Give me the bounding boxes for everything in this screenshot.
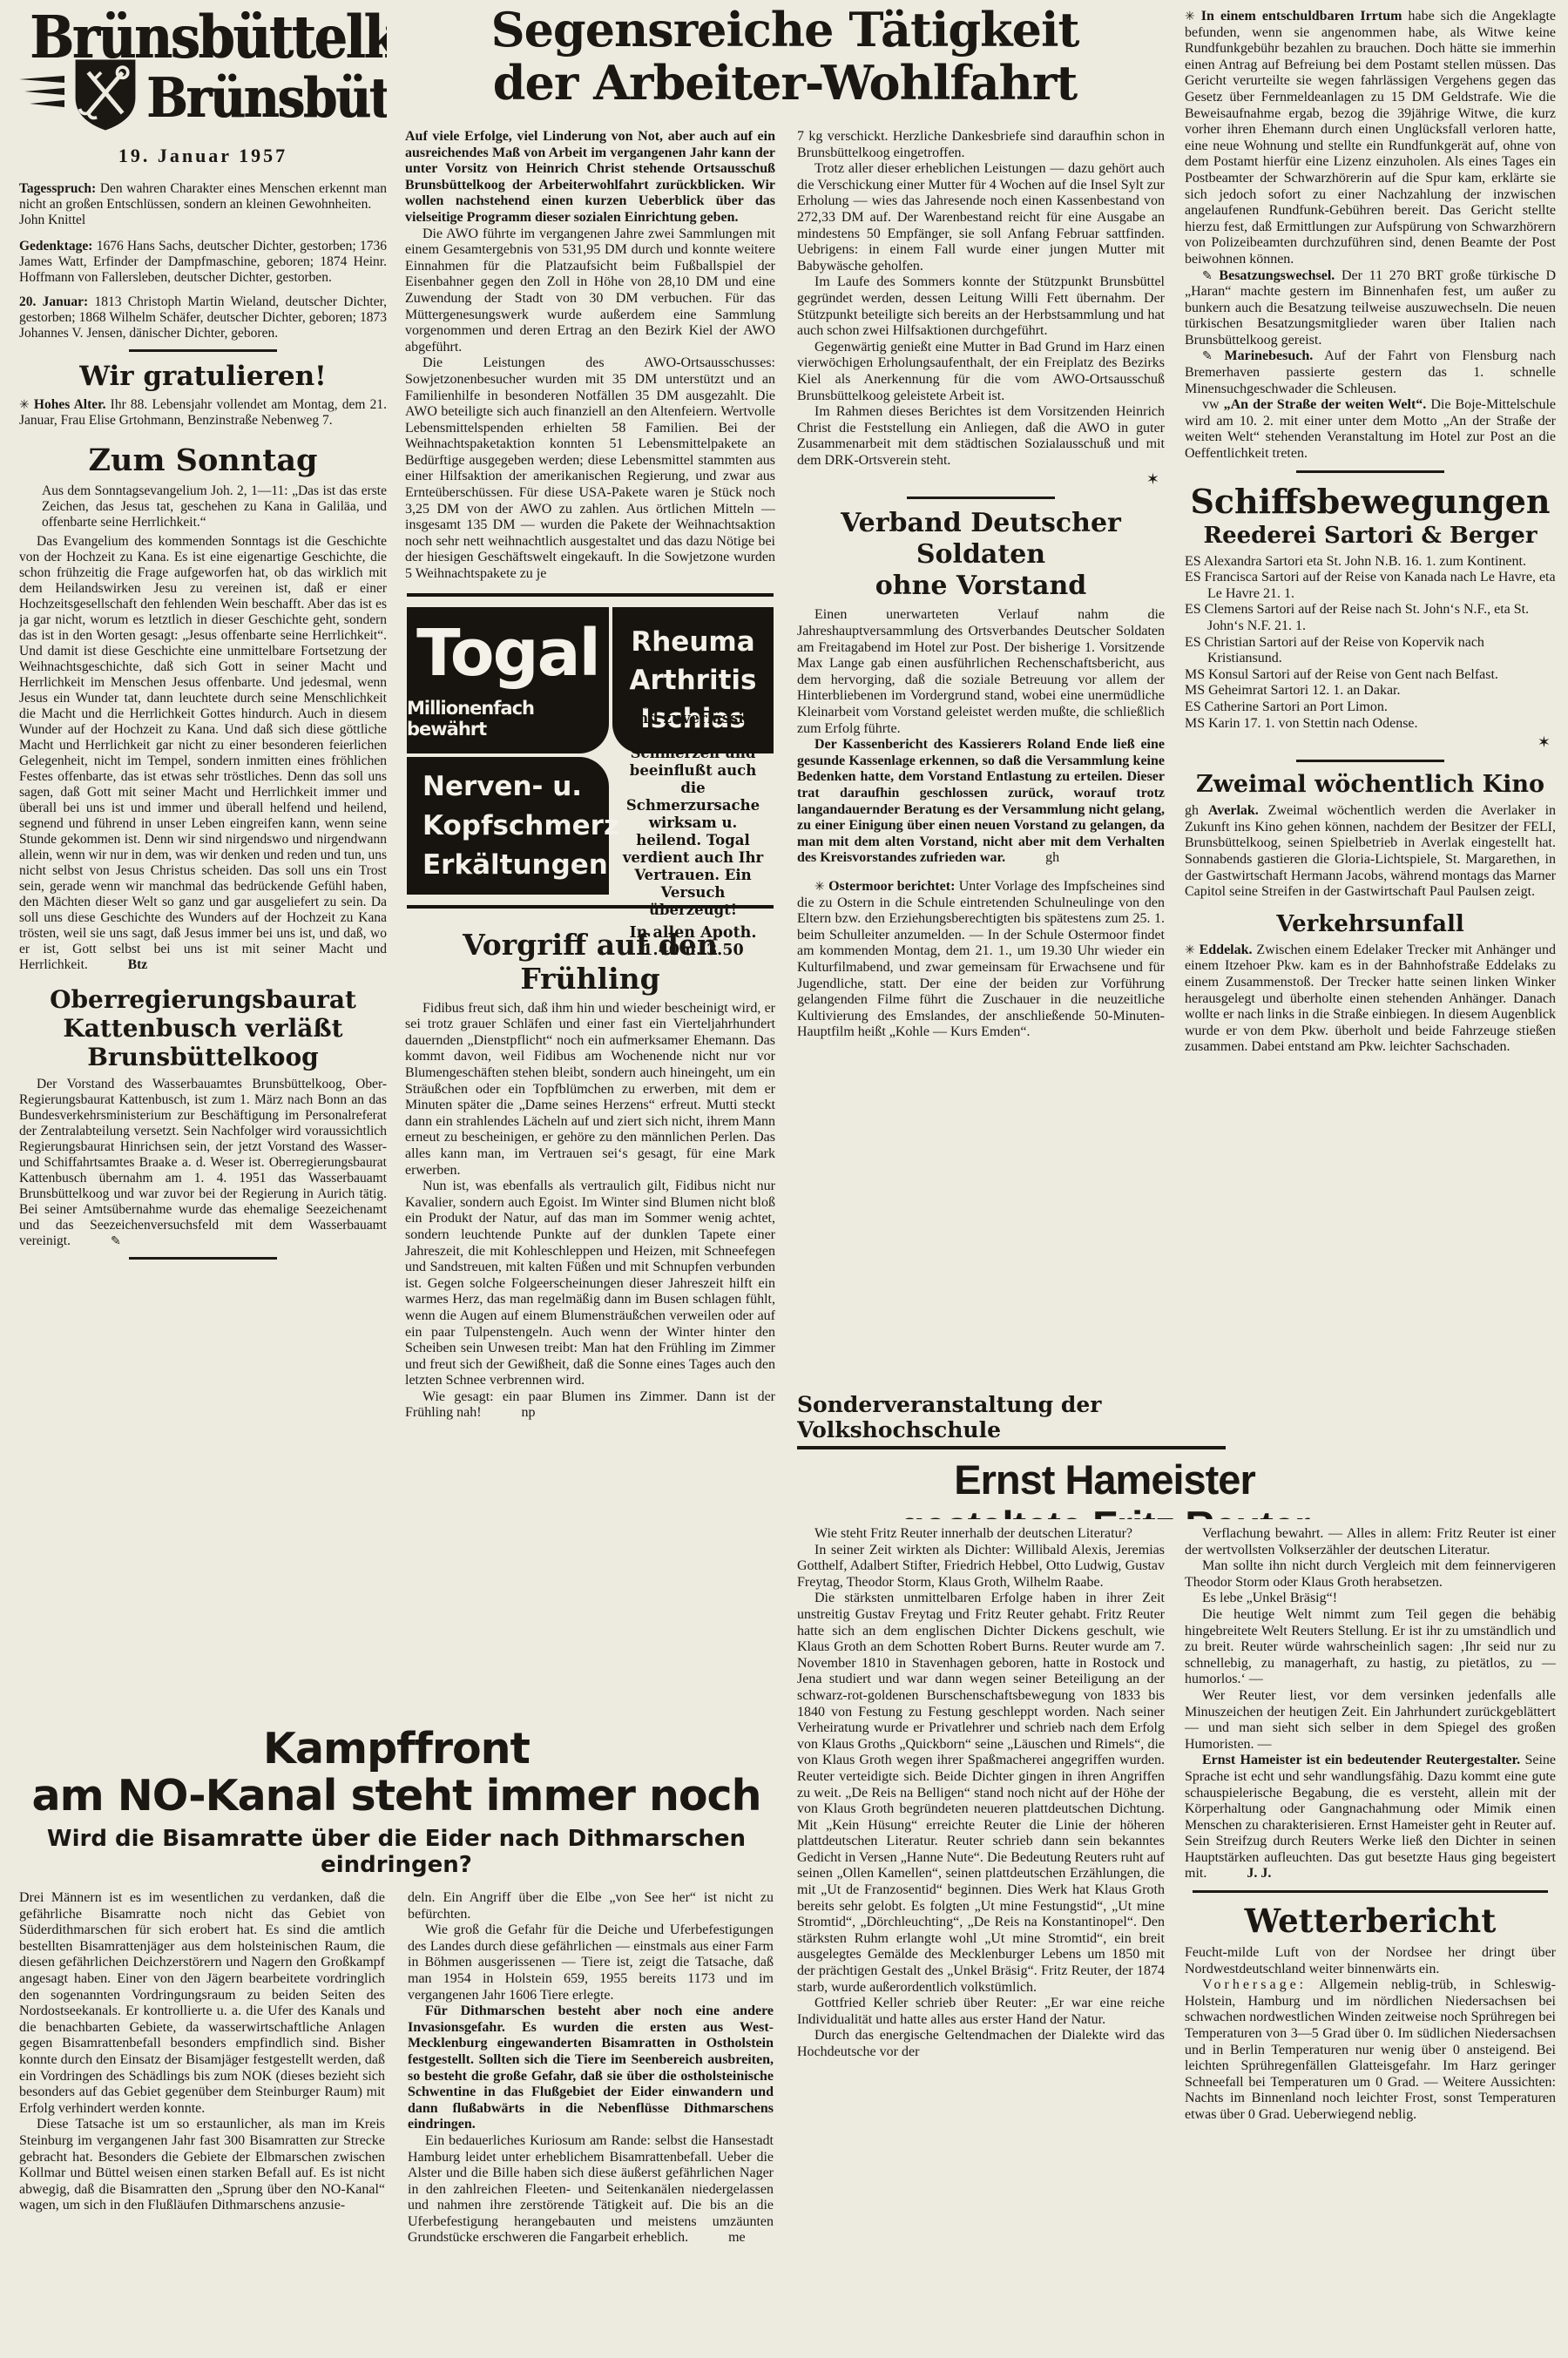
- kampffront-b-p1: deln. Ein Angriff über die Elbe „von See…: [408, 1890, 774, 1922]
- verkehrsunfall-title: Verkehrsunfall: [1185, 911, 1556, 937]
- star-ornament-icon: ✶: [797, 470, 1159, 489]
- vorgriff-p3: Wie gesagt: ein paar Blumen ins Zimmer. …: [405, 1389, 775, 1422]
- hohes-alter: ✳ Hohes Alter. Ihr 88. Lebensjahr vollen…: [19, 397, 387, 429]
- section-divider: [1193, 1890, 1549, 1893]
- star-asterisk-icon: ✳: [19, 398, 30, 412]
- hameister-paragraph: Gottfried Keller schrieb über Reuter: „E…: [797, 1996, 1165, 2028]
- hameister-paragraph: Verflachung bewahrt. — Alles in allem: F…: [1185, 1526, 1556, 1558]
- section-divider: [1296, 760, 1444, 762]
- kampffront-b-p4: Ein bedauerliches Kuriosum am Rande: sel…: [408, 2133, 774, 2247]
- section-divider: [129, 349, 277, 352]
- gratulieren-title: Wir gratulieren!: [19, 361, 387, 392]
- awo-p2: Die AWO führte im vergangenen Jahre zwei…: [405, 226, 775, 356]
- hameister-paragraph: Durch das energische Geltendmachen der D…: [797, 2028, 1165, 2060]
- kampffront-a-p2: Diese Tatsache ist um so erstaunlicher, …: [19, 2117, 385, 2214]
- togal-logo: Togal: [416, 621, 599, 686]
- ship-entry: MS Karin 17. 1. von Stettin nach Odense.: [1185, 716, 1556, 733]
- section-divider: [907, 497, 1055, 499]
- eddelak-story: ✳ Eddelak. Zwischen einem Edelaker Treck…: [1185, 943, 1556, 1056]
- kampffront-b-p3: Für Dithmarschen besteht aber noch eine …: [408, 2003, 774, 2133]
- ship-entry: ES Christian Sartori auf der Reise von K…: [1185, 635, 1556, 667]
- vorgriff-p1: Fidibus freut sich, daß ihm hin und wied…: [405, 1001, 775, 1179]
- speed-lines-left-icon: [19, 76, 64, 114]
- gedenktage-jan20: 20. Januar: 1813 Christoph Martin Wielan…: [19, 294, 387, 341]
- kino-story: gh Averlak. Zweimal wöchentlich werden d…: [1185, 803, 1556, 901]
- sonntag-title: Zum Sonntag: [19, 443, 387, 478]
- ober-body: Der Vorstand des Wasserbauamtes Brunsbüt…: [19, 1077, 387, 1249]
- kino-title: Zweimal wöchentlich Kino: [1185, 771, 1556, 798]
- tagesspruch: Tagesspruch: Den wahren Charakter eines …: [19, 181, 387, 213]
- ship-entry: MS Konsul Sartori auf der Reise von Gent…: [1185, 667, 1556, 684]
- ship-entry: ES Clemens Sartori auf der Reise nach St…: [1185, 602, 1556, 634]
- hameister-paragraph: Es lebe „Unkel Bräsig“!: [1185, 1591, 1556, 1607]
- tagesspruch-author: John Knittel: [19, 213, 387, 228]
- ship-entry: ES Catherine Sartori an Port Limon.: [1185, 699, 1556, 716]
- pen-ornament-icon: ✎: [1202, 349, 1213, 363]
- column-b-hameister: Wie steht Fritz Reuter innerhalb der deu…: [797, 1526, 1165, 2354]
- newspaper-page: { "page": { "masthead_line1": "Brünsbütt…: [0, 0, 1568, 2358]
- ship-movements-list: ES Alexandra Sartori eta St. John N.B. 1…: [1185, 554, 1556, 733]
- ostermoor: ✳ Ostermoor berichtet: Unter Vorlage des…: [797, 879, 1165, 1041]
- wetter-p1: Feucht-milde Luft von der Nordsee her dr…: [1185, 1945, 1556, 1977]
- star-asterisk-icon: ✳: [1185, 943, 1195, 957]
- gedenktage: Gedenktage: 1676 Hans Sachs, deutscher D…: [19, 239, 387, 286]
- author-initials: Btz: [88, 957, 147, 972]
- column-b: 7 kg verschickt. Herzliche Dankesbriefe …: [797, 129, 1165, 1388]
- hameister-paragraph: Die stärksten unmittelbaren Erfolge habe…: [797, 1591, 1165, 1996]
- ship-entry: MS Geheimrat Sartori 12. 1. an Dakar.: [1185, 683, 1556, 699]
- kampffront-col-b: deln. Ein Angriff über die Elbe „von See…: [408, 1890, 774, 2247]
- section-divider: [129, 1257, 277, 1260]
- awo-intro: Auf viele Erfolge, viel Linderung von No…: [405, 129, 775, 226]
- strasse-story: vw „An der Straße der weiten Welt“. Die …: [1185, 397, 1556, 462]
- left-column: Brünsbüttelkoog Brünsb: [19, 7, 387, 1719]
- awo-p5: Trotz aller dieser erheblichen Leistunge…: [797, 161, 1165, 274]
- section-divider: [1296, 470, 1444, 473]
- besatzungswechsel-story: ✎ Besatzungswechsel. Der 11 270 BRT groß…: [1185, 268, 1556, 349]
- awo-p8: Im Rahmen dieses Berichtes ist dem Vorsi…: [797, 404, 1165, 469]
- hameister-paragraph: Man sollte ihn nicht durch Vergleich mit…: [1185, 1558, 1556, 1591]
- hameister-paragraph: Wie steht Fritz Reuter innerhalb der deu…: [797, 1526, 1165, 1543]
- togal-uses-box: Nerven- u. Kopfschmerz Erkältungen: [407, 757, 609, 895]
- kampffront-headline-line1: Kampffront: [19, 1726, 774, 1772]
- star-ornament-icon: ✶: [1185, 733, 1551, 752]
- vorgriff-p2: Nun ist, was ebenfalls als vertraulich g…: [405, 1179, 775, 1389]
- awo-p4: 7 kg verschickt. Herzliche Dankesbriefe …: [797, 129, 1165, 161]
- masthead-title-line1: Brünsbüttelkoog: [19, 7, 387, 70]
- issue-date: 19. Januar 1957: [19, 145, 387, 167]
- star-asterisk-icon: ✳: [1185, 10, 1195, 24]
- hameister-paragraph: In seiner Zeit wirkten als Dichter: Will…: [797, 1543, 1165, 1591]
- togal-brand-box: Togal Millionenfach bewährt: [407, 607, 609, 753]
- hameister-final: Ernst Hameister ist ein bedeutender Reut…: [1185, 1753, 1556, 1882]
- verband-title: Verband Deutscher Soldaten ohne Vorstand: [797, 508, 1165, 602]
- pen-ornament-icon: ✎: [1202, 269, 1213, 283]
- masthead-title-line2: Brünsbüttel: [146, 69, 387, 127]
- kampffront-headline-line2: am NO-Kanal steht immer noch: [19, 1772, 774, 1821]
- hameister-colR-paragraphs: Verflachung bewahrt. — Alles in allem: F…: [1185, 1526, 1556, 1753]
- verband-p1: Einen unerwarteten Verlauf nahm die Jahr…: [797, 607, 1165, 737]
- pen-ornament-icon: ✎: [71, 1234, 121, 1248]
- author-initials: np: [482, 1405, 536, 1420]
- verband-p2: Der Kassenbericht des Kassierers Roland …: [797, 737, 1165, 867]
- column-a: Auf viele Erfolge, viel Linderung von No…: [405, 129, 775, 1723]
- kampffront-section: Kampffront am NO-Kanal steht immer noch …: [19, 1726, 774, 2355]
- author-initials: J. J.: [1206, 1866, 1271, 1881]
- schiffsbewegungen-title: Schiffsbewegungen: [1185, 482, 1556, 521]
- right-column-bottom: Verflachung bewahrt. — Alles in allem: F…: [1185, 1526, 1556, 2354]
- hameister-kicker: Sonderveranstaltung der Volkshochschule: [797, 1392, 1226, 1449]
- right-column: ✳ In einem entschuldbaren Irrtum habe si…: [1185, 9, 1556, 1520]
- awo-p7: Gegenwärtig genießt eine Mutter in Bad G…: [797, 340, 1165, 404]
- irrtum-story: ✳ In einem entschuldbaren Irrtum habe si…: [1185, 9, 1556, 268]
- sonntag-intro: Aus dem Sonntagsevangelium Joh. 2, 1—11:…: [19, 483, 387, 530]
- awo-p3: Die Leistungen des AWO-Ortsausschusses: …: [405, 355, 775, 582]
- wetterbericht-title: Wetterbericht: [1185, 1902, 1556, 1940]
- ober-title: Oberregierungsbaurat Kattenbusch verläßt…: [19, 985, 387, 1071]
- awo-headline: Segensreiche Tätigkeit der Arbeiter-Wohl…: [405, 3, 1165, 122]
- kampffront-a-p1: Drei Männern ist es im wesentlichen zu v…: [19, 1890, 385, 2117]
- togal-copy: Togal wirkt rasch und zuverlässig. Es be…: [612, 757, 774, 895]
- ship-entry: ES Francisca Sartori auf der Reise von K…: [1185, 570, 1556, 602]
- awo-p6: Im Laufe des Sommers konnte der Stützpun…: [797, 274, 1165, 339]
- masthead: Brünsbüttelkoog Brünsb: [19, 7, 387, 167]
- author-initials: me: [688, 2230, 746, 2245]
- author-initials: gh: [1005, 850, 1059, 865]
- kampffront-b-p2: Wie groß die Gefahr für die Deiche und U…: [408, 1922, 774, 2003]
- reederei-subtitle: Reederei Sartori & Berger: [1185, 523, 1556, 549]
- wetter-p2: Vorhersage: Allgemein neblig-trüb, in Sc…: [1185, 1977, 1556, 2123]
- marinebesuch-story: ✎ Marinebesuch. Auf der Fahrt von Flensb…: [1185, 348, 1556, 397]
- ship-entry: ES Alexandra Sartori eta St. John N.B. 1…: [1185, 554, 1556, 571]
- hameister-paragraph: Wer Reuter liest, vor dem versinken jede…: [1185, 1688, 1556, 1753]
- togal-ad: Togal Millionenfach bewährt Rheuma Arthr…: [405, 593, 775, 909]
- kampffront-col-a: Drei Männern ist es im wesentlichen zu v…: [19, 1890, 385, 2247]
- sonntag-body: Das Evangelium des kommenden Sonntags is…: [19, 534, 387, 973]
- star-asterisk-icon: ✳: [814, 880, 825, 894]
- hameister-colB-paragraphs: Wie steht Fritz Reuter innerhalb der deu…: [797, 1526, 1165, 2061]
- kampffront-subhead: Wird die Bisamratte über die Eider nach …: [19, 1826, 774, 1878]
- hameister-paragraph: Die heutige Welt nimmt zum Teil gegen di…: [1185, 1607, 1556, 1688]
